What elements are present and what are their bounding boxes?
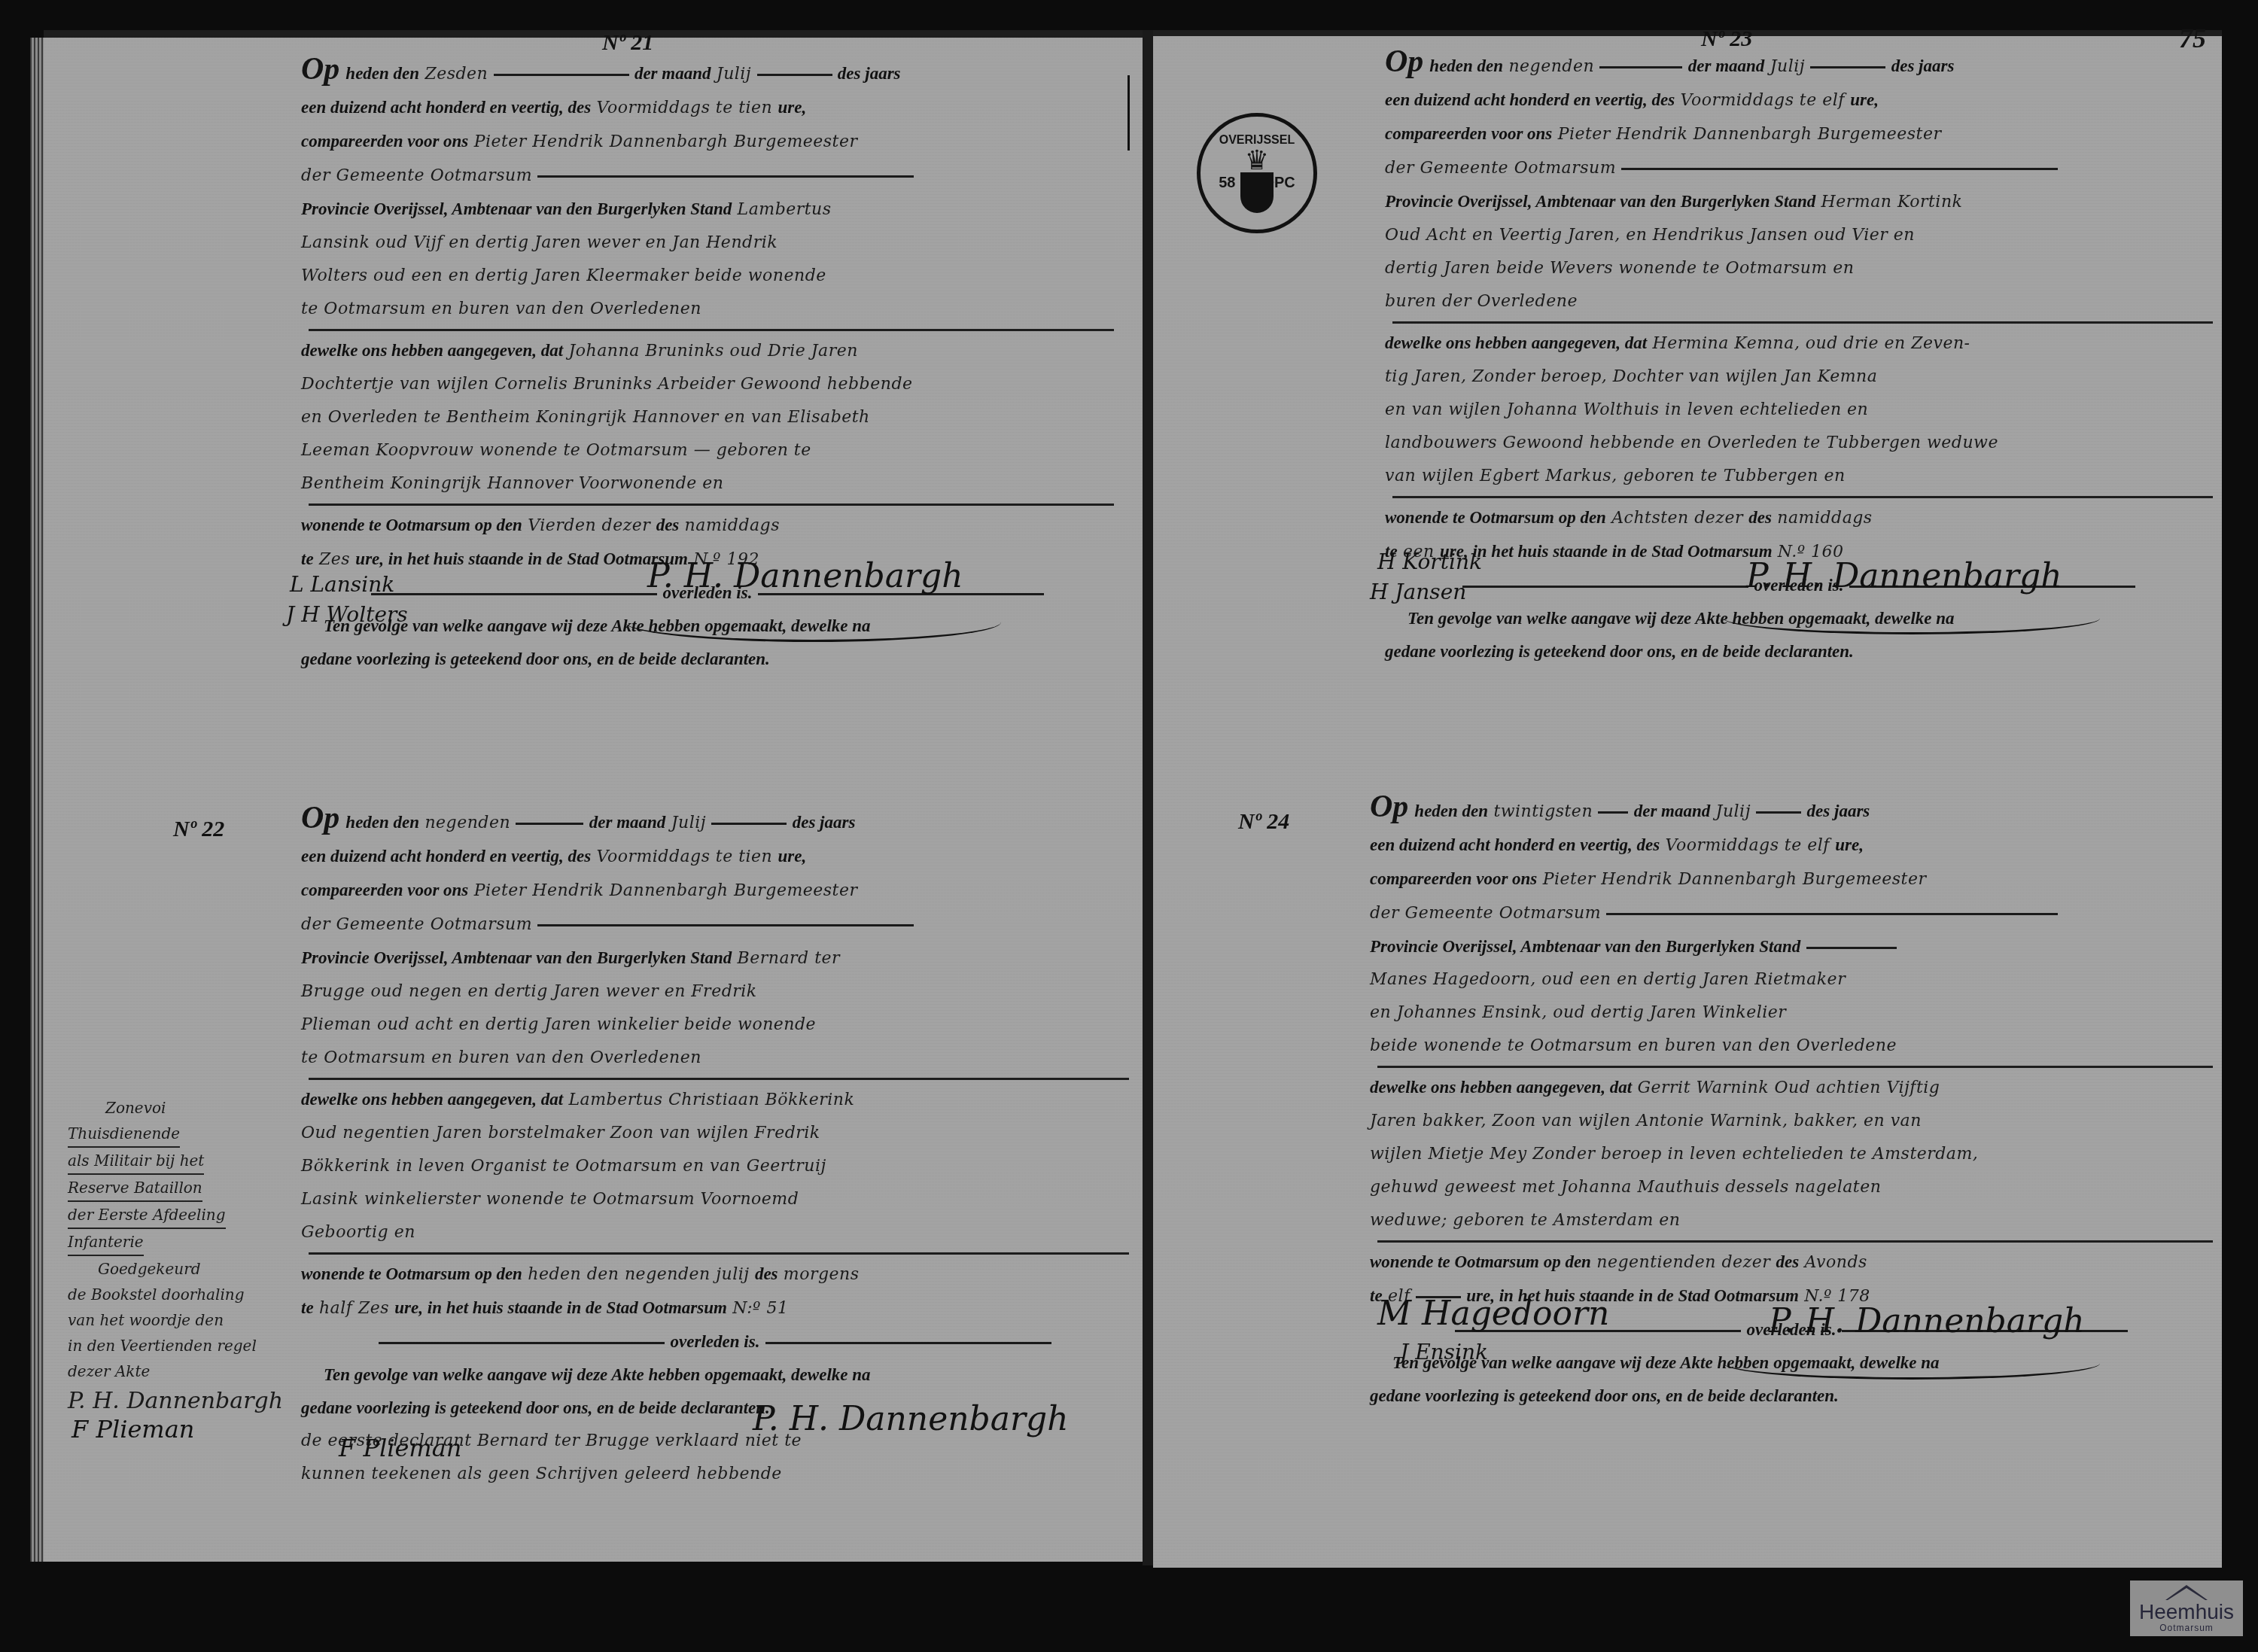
witness-text: en Johannes Ensink, oud dertig Jaren Win… xyxy=(1370,996,2213,1030)
form-text: Op xyxy=(1385,44,1423,79)
deceased-text: weduwe; geboren te Amsterdam en xyxy=(1370,1204,2213,1237)
form-text: dewelke ons hebben aangegeven, dat xyxy=(301,1090,563,1109)
entry-number: Nº 22 xyxy=(173,817,224,842)
form-text: des xyxy=(656,516,680,534)
deceased-text: wijlen Mietje Mey Zonder beroep in leven… xyxy=(1370,1138,2213,1171)
house-roof-icon xyxy=(2165,1585,2208,1600)
death-hour: half Zes xyxy=(319,1299,389,1318)
form-text: wonende te Ootmarsum op den xyxy=(1385,508,1606,527)
day-value: negenden xyxy=(1508,57,1594,76)
form-text: ure, in het huis staande in de Stad Ootm… xyxy=(1440,542,1773,561)
death-record-22: Opheden den negenden der maand Julij des… xyxy=(301,802,1129,1491)
margin-annotation: Zonevoi Thuisdienende als Militair bij h… xyxy=(68,1095,294,1414)
form-text: ure, xyxy=(778,98,807,117)
margin-line: dezer Akte xyxy=(68,1358,294,1384)
form-text: gedane voorlezing is geteekend door ons,… xyxy=(301,1398,770,1417)
margin-line: als Militair bij het xyxy=(68,1148,204,1175)
witness-text: te Ootmarsum en buren van den Overledene… xyxy=(301,293,1114,326)
municipality: der Gemeente Ootmarsum xyxy=(301,166,532,185)
form-text: Op xyxy=(301,52,339,87)
logo-subtitle: Ootmarsum xyxy=(2159,1623,2214,1633)
deceased-text: Bökkerink in leven Organist te Ootmarsum… xyxy=(301,1150,1129,1183)
witness-signature: F Plieman xyxy=(72,1415,194,1444)
registrar-signature: P. H. Dannenbargh xyxy=(647,557,963,595)
margin-line: der Eerste Afdeeling xyxy=(68,1202,226,1229)
deceased-text: Lasink winkelierster wonende te Ootmarsu… xyxy=(301,1183,1129,1216)
day-value: Zesden xyxy=(425,65,488,84)
form-text: dewelke ons hebben aangegeven, dat xyxy=(301,341,563,360)
registrar-signature: P. H. Dannenbargh xyxy=(1769,1302,2085,1340)
period-value: Voormiddags xyxy=(1666,836,1779,855)
form-text: der maand xyxy=(634,64,711,83)
official-name: Pieter Hendrik Dannenbargh Burgemeester xyxy=(474,132,858,151)
form-text: ure, xyxy=(778,847,807,866)
deceased-text: Leeman Koopvrouw wonende te Ootmarsum — … xyxy=(301,434,1114,467)
form-text: te xyxy=(301,1298,314,1317)
shield-icon xyxy=(1240,172,1274,213)
hour-value: te tien xyxy=(716,99,772,117)
form-text: der maand xyxy=(1688,56,1765,75)
form-text: wonende te Ootmarsum op den xyxy=(1370,1252,1591,1271)
deceased-name: Lambertus Christiaan Bökkerink xyxy=(568,1091,854,1109)
form-text: compareerden voor ons xyxy=(301,881,468,899)
form-text: der maand xyxy=(1634,802,1711,820)
witness-text: Plieman oud acht en dertig Jaren winkeli… xyxy=(301,1009,1129,1042)
deceased-text: Jaren bakker, Zoon van wijlen Antonie Wa… xyxy=(1370,1105,2213,1138)
witness-text: beide wonende te Ootmarsum en buren van … xyxy=(1370,1030,2213,1063)
margin-line: Thuisdienende xyxy=(68,1121,180,1148)
form-text: gedane voorlezing is geteekend door ons,… xyxy=(1370,1380,2213,1413)
margin-signature: P. H. Dannenbargh xyxy=(68,1389,294,1414)
witness-text: Bernard ter xyxy=(738,949,840,968)
deceased-text: gehuwd geweest met Johanna Mauthuis dess… xyxy=(1370,1171,2213,1204)
witness-text: Oud Acht en Veertig Jaren, en Hendrikus … xyxy=(1385,219,2213,252)
form-text: Ten gevolge van welke aangave wij deze A… xyxy=(301,1358,1129,1392)
form-text: Op xyxy=(301,801,339,835)
day-value: twintigsten xyxy=(1493,802,1593,821)
margin-line: Reserve Bataillon xyxy=(68,1175,202,1202)
form-text: heden den xyxy=(1414,802,1488,820)
margin-line: de Bookstel doorhaling xyxy=(68,1282,294,1307)
entry-number: Nº 24 xyxy=(1238,809,1289,835)
month-value: Julij xyxy=(717,65,751,84)
deceased-text: Oud negentien Jaren borstelmaker Zoon va… xyxy=(301,1117,1129,1150)
signature-flourish xyxy=(1724,1347,2100,1380)
witness-signature: H Jansen xyxy=(1370,580,1466,604)
form-text: dewelke ons hebben aangegeven, dat xyxy=(1370,1078,1632,1097)
form-text: compareerden voor ons xyxy=(1370,869,1537,888)
official-name: Pieter Hendrik Dannenbargh Burgemeester xyxy=(1558,125,1942,144)
form-text: compareerden voor ons xyxy=(301,132,468,151)
death-period: namiddags xyxy=(1777,509,1872,528)
margin-line: Goedgekeurd xyxy=(68,1256,294,1282)
witness-text: dertig Jaren beide Wevers wonende te Oot… xyxy=(1385,252,2213,285)
heemhuis-logo: Heemhuis Ootmarsum xyxy=(2130,1581,2243,1636)
signature-flourish xyxy=(1724,602,2100,634)
deceased-text: Geboortig en xyxy=(301,1216,1129,1249)
book-gutter xyxy=(1143,30,1153,1565)
month-value: Julij xyxy=(671,814,706,832)
form-text: een duizend acht honderd en veertig, des xyxy=(1385,90,1675,109)
municipality: der Gemeente Ootmarsum xyxy=(301,915,532,934)
witness-text: Lansink oud Vijf en dertig Jaren wever e… xyxy=(301,227,1114,260)
form-text: des jaars xyxy=(1891,56,1955,75)
form-text: wonende te Ootmarsum op den xyxy=(301,1264,522,1283)
death-day: negentienden dezer xyxy=(1596,1253,1770,1272)
overijssel-tax-stamp: OVERIJSSEL ♛ 58 OPC xyxy=(1197,113,1317,233)
deceased-name: Hermina Kemna, oud drie en Zeven- xyxy=(1652,334,1970,353)
form-text: een duizend acht honderd en veertig, des xyxy=(301,98,591,117)
form-text: ure, xyxy=(1835,835,1864,854)
form-text: dewelke ons hebben aangegeven, dat xyxy=(1385,333,1647,352)
form-text: ure, in het huis staande in de Stad Ootm… xyxy=(355,549,688,568)
period-value: Voormiddags xyxy=(597,847,711,866)
deceased-name: Gerrit Warnink Oud achtien Vijftig xyxy=(1637,1079,1940,1097)
registrar-signature: P. H. Dannenbargh xyxy=(753,1400,1069,1438)
deceased-text: Dochtertje van wijlen Cornelis Bruninks … xyxy=(301,368,1114,401)
deceased-text: landbouwers Gewoond hebbende en Overlede… xyxy=(1385,427,2213,460)
margin-line: Infanterie xyxy=(68,1229,144,1256)
hour-value: te elf xyxy=(1785,836,1830,855)
form-text: Provincie Overijssel, Ambtenaar van den … xyxy=(1385,192,1815,211)
form-text: gedane voorlezing is geteekend door ons,… xyxy=(301,643,1114,676)
deceased-text: tig Jaren, Zonder beroep, Dochter van wi… xyxy=(1385,361,2213,394)
period-value: Voormiddags xyxy=(597,99,711,117)
house-number: N:º 51 xyxy=(732,1299,788,1318)
entry-number: Nº 21 xyxy=(602,30,653,56)
form-text: te xyxy=(301,549,314,568)
margin-line: van het woordje den xyxy=(68,1307,294,1333)
deceased-name: Johanna Bruninks oud Drie Jaren xyxy=(568,342,857,361)
death-day: Vierden dezer xyxy=(528,516,650,535)
municipality: der Gemeente Ootmarsum xyxy=(1370,904,1601,923)
form-text: heden den xyxy=(345,813,419,832)
witness-signature: M Hagedoorn xyxy=(1377,1295,1609,1333)
witness-signature: H Kortink xyxy=(1377,549,1482,574)
form-text: der maand xyxy=(589,813,666,832)
death-hour: Zes xyxy=(319,550,350,569)
logo-name: Heemhuis xyxy=(2139,1602,2234,1623)
gutter-rule xyxy=(1127,75,1130,151)
period-value: Voormiddags xyxy=(1681,91,1794,110)
witness-signature: L Lansink xyxy=(290,572,394,597)
month-value: Julij xyxy=(1770,57,1805,76)
hour-value: te tien xyxy=(716,847,772,866)
witness-signature: J H Wolters xyxy=(286,602,408,627)
form-text: een duizend acht honderd en veertig, des xyxy=(301,847,591,866)
margin-line: Zonevoi xyxy=(68,1095,294,1121)
witness-text: Wolters oud een en dertig Jaren Kleermak… xyxy=(301,260,1114,293)
margin-line: in den Veertienden regel xyxy=(68,1333,294,1358)
form-text: des xyxy=(1748,508,1772,527)
deceased-text: en van wijlen Johanna Wolthuis in leven … xyxy=(1385,394,2213,427)
form-text: ure, in het huis staande in de Stad Ootm… xyxy=(394,1298,727,1317)
death-period: Avonds xyxy=(1805,1253,1867,1272)
month-value: Julij xyxy=(1716,802,1751,821)
closing-note: kunnen teekenen als geen Schrijven gelee… xyxy=(301,1458,1129,1491)
form-text: des jaars xyxy=(793,813,856,832)
form-text: gedane voorlezing is geteekend door ons,… xyxy=(1385,635,2213,668)
death-day: heden den negenden julij xyxy=(528,1265,749,1284)
form-text: des jaars xyxy=(1807,802,1870,820)
deceased-text: Bentheim Koningrijk Hannover Voorwonende… xyxy=(301,467,1114,500)
form-text: des jaars xyxy=(838,64,901,83)
official-name: Pieter Hendrik Dannenbargh Burgemeester xyxy=(474,881,858,900)
day-value: negenden xyxy=(425,814,510,832)
signature-flourish xyxy=(625,602,1001,642)
form-text: heden den xyxy=(1429,56,1503,75)
witness-text: Manes Hagedoorn, oud een en dertig Jaren… xyxy=(1370,963,2213,996)
witness-text: Lambertus xyxy=(738,200,832,219)
deceased-text: van wijlen Egbert Markus, geboren te Tub… xyxy=(1385,460,2213,493)
witness-text: te Ootmarsum en buren van den Overledene… xyxy=(301,1042,1129,1075)
form-text: des xyxy=(755,1264,778,1283)
form-text: ure, xyxy=(1850,90,1879,109)
death-day: Achtsten dezer xyxy=(1611,509,1743,528)
form-text: een duizend acht honderd en veertig, des xyxy=(1370,835,1660,854)
stamp-left: 58 xyxy=(1219,175,1235,192)
form-text: Provincie Overijssel, Ambtenaar van den … xyxy=(301,199,732,218)
form-text: Provincie Overijssel, Ambtenaar van den … xyxy=(1370,937,1800,956)
form-text: Op xyxy=(1370,789,1408,824)
form-text: Provincie Overijssel, Ambtenaar van den … xyxy=(301,948,732,967)
form-text: compareerden voor ons xyxy=(1385,124,1552,143)
form-text: overleden is. xyxy=(671,1332,760,1351)
death-period: namiddags xyxy=(685,516,780,535)
witness-text: Brugge oud negen en dertig Jaren wever e… xyxy=(301,975,1129,1009)
witness-signature: J Ensink xyxy=(1400,1340,1488,1364)
witness-text: Herman Kortink xyxy=(1821,193,1963,211)
form-text: wonende te Ootmarsum op den xyxy=(301,516,522,534)
deceased-text: en Overleden te Bentheim Koningrijk Hann… xyxy=(301,401,1114,434)
witness-signature: F Plieman xyxy=(339,1434,461,1462)
official-name: Pieter Hendrik Dannenbargh Burgemeester xyxy=(1543,870,1927,889)
death-period: morgens xyxy=(784,1265,860,1284)
municipality: der Gemeente Ootmarsum xyxy=(1385,159,1616,178)
form-text: heden den xyxy=(345,64,419,83)
registrar-signature: P. H. Dannenbargh xyxy=(1746,557,2062,595)
witness-text: buren der Overledene xyxy=(1385,285,2213,318)
crown-icon: ♛ xyxy=(1245,148,1269,175)
hour-value: te elf xyxy=(1800,91,1845,110)
form-text: des xyxy=(1776,1252,1800,1271)
